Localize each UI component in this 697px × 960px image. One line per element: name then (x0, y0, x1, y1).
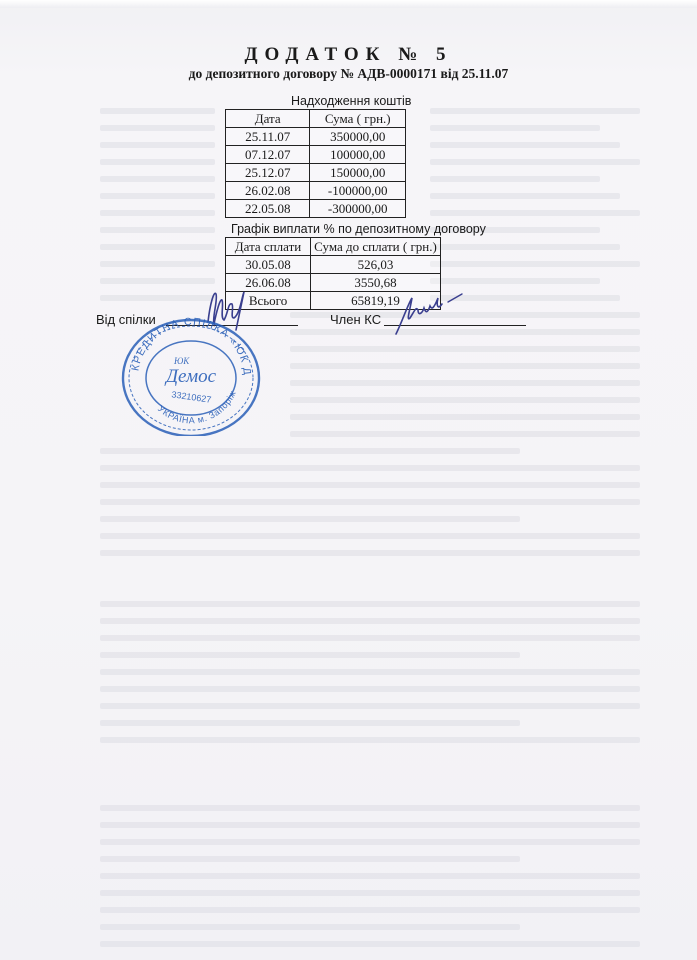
bleed-through-line (100, 669, 640, 675)
bleed-through-line (100, 652, 520, 658)
bleed-through-line (100, 465, 640, 471)
bleed-through-line (100, 635, 640, 641)
table-row: 25.12.07 150000,00 (226, 164, 406, 182)
bleed-through-line (100, 295, 215, 301)
bleed-through-line (430, 244, 620, 250)
bleed-through-line (290, 397, 640, 403)
amount-cell: 100000,00 (310, 146, 406, 164)
bleed-through-line (100, 601, 640, 607)
svg-text:Демос: Демос (164, 366, 217, 387)
table-row: 25.11.07 350000,00 (226, 128, 406, 146)
table-row: 30.05.08 526,03 (226, 256, 441, 274)
bleed-through-line (430, 176, 600, 182)
bleed-through-line (100, 499, 640, 505)
amount-cell: -100000,00 (310, 182, 406, 200)
bleed-through-line (100, 210, 215, 216)
bleed-through-line (100, 142, 215, 148)
bleed-through-line (100, 873, 640, 879)
bleed-through-line (430, 210, 640, 216)
table-row: 07.12.07 100000,00 (226, 146, 406, 164)
column-header: Сума до сплати ( грн.) (311, 238, 441, 256)
document-page: ДОДАТОК № 5 до депозитного договору № АД… (0, 0, 697, 960)
page-title: ДОДАТОК № 5 (0, 44, 697, 66)
bleed-through-line (290, 380, 640, 386)
interest-schedule-caption: Графік виплати % по депозитному договору (231, 222, 486, 236)
amount-cell: 526,03 (311, 256, 441, 274)
bleed-through-line (100, 227, 215, 233)
svg-text:33210627: 33210627 (171, 389, 212, 404)
bleed-through-line (100, 839, 640, 845)
organization-stamp-icon: КРЕДИТНА СПІЛКА «ЮК ДЕМОС» УКРАЇНА м. За… (116, 316, 266, 436)
bleed-through-line (290, 363, 640, 369)
date-cell: 26.02.08 (226, 182, 310, 200)
bleed-through-line (100, 244, 215, 250)
receipts-table: Дата Сума ( грн.) 25.11.07 350000,00 07.… (225, 109, 406, 218)
bleed-through-line (100, 941, 640, 947)
bleed-through-line (100, 618, 640, 624)
bleed-through-line (290, 346, 640, 352)
table-header-row: Дата Сума ( грн.) (226, 110, 406, 128)
bleed-through-line (430, 278, 600, 284)
bleed-through-line (100, 703, 640, 709)
bleed-through-line (430, 125, 600, 131)
bleed-through-line (100, 176, 215, 182)
column-header: Дата (226, 110, 310, 128)
bleed-through-line (100, 482, 640, 488)
date-cell: 25.11.07 (226, 128, 310, 146)
table-header-row: Дата сплати Сума до сплати ( грн.) (226, 238, 441, 256)
receipts-caption: Надходження коштів (291, 94, 411, 108)
bleed-through-line (100, 533, 640, 539)
date-cell: 25.12.07 (226, 164, 310, 182)
date-cell: 30.05.08 (226, 256, 311, 274)
bleed-through-line (100, 193, 215, 199)
column-header: Сума ( грн.) (310, 110, 406, 128)
table-row: 22.05.08 -300000,00 (226, 200, 406, 218)
date-cell: 07.12.07 (226, 146, 310, 164)
amount-cell: -300000,00 (310, 200, 406, 218)
bleed-through-line (100, 125, 215, 131)
bleed-through-line (100, 448, 520, 454)
bleed-through-line (100, 516, 520, 522)
bleed-through-line (100, 890, 640, 896)
column-header: Дата сплати (226, 238, 311, 256)
bleed-through-line (290, 414, 640, 420)
svg-text:ЮК: ЮК (173, 356, 190, 366)
member-signature-label: Член КС (330, 312, 381, 327)
bleed-through-line (100, 261, 215, 267)
table-row: 26.02.08 -100000,00 (226, 182, 406, 200)
amount-cell: 150000,00 (310, 164, 406, 182)
bleed-through-line (100, 907, 640, 913)
bleed-through-line (100, 737, 640, 743)
date-cell: 22.05.08 (226, 200, 310, 218)
bleed-through-line (100, 550, 640, 556)
bleed-through-line (430, 193, 620, 199)
bleed-through-line (100, 686, 640, 692)
bleed-through-line (100, 856, 520, 862)
bleed-through-line (100, 720, 520, 726)
bleed-through-line (100, 924, 520, 930)
member-signature-icon (382, 288, 472, 338)
bleed-through-line (100, 159, 215, 165)
bleed-through-line (100, 278, 215, 284)
bleed-through-line (430, 108, 640, 114)
bleed-through-line (100, 822, 640, 828)
page-subtitle: до депозитного договору № АДВ-0000171 ві… (0, 66, 697, 82)
bleed-through-line (430, 261, 640, 267)
bleed-through-line (430, 142, 620, 148)
amount-cell: 350000,00 (310, 128, 406, 146)
bleed-through-line (430, 159, 640, 165)
bleed-through-line (290, 431, 640, 437)
bleed-through-line (100, 805, 640, 811)
bleed-through-line (100, 108, 215, 114)
